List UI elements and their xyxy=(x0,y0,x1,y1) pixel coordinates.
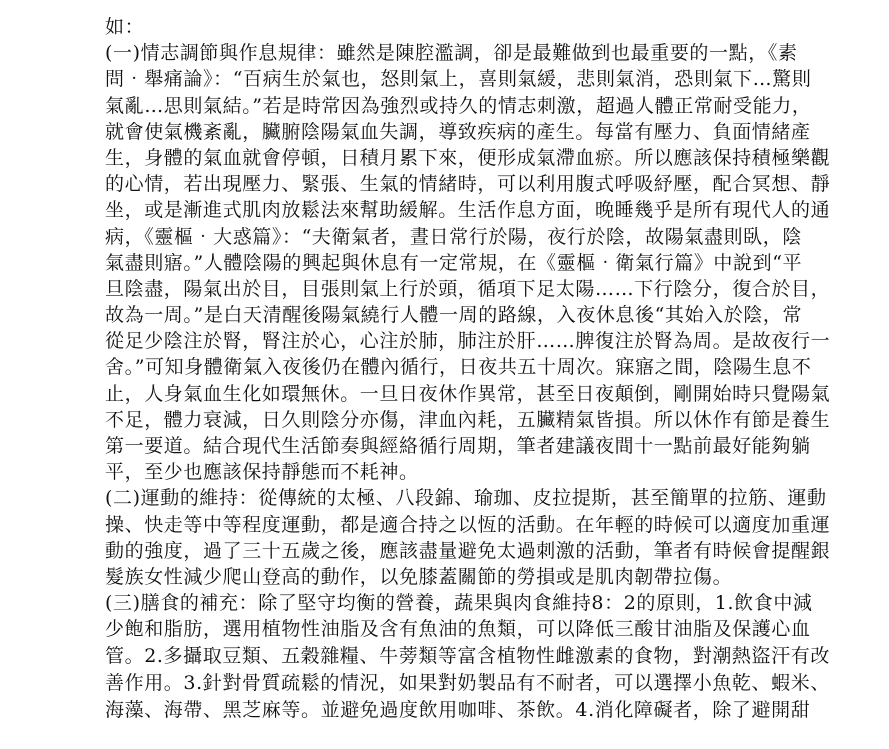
paragraph-line: 故為一周。”是白天清醒後陽氣繞行人體一周的路線，入夜休息後“其始入於陰，常 xyxy=(105,302,850,328)
paragraph-line: 止，人身氣血生化如環無休。一旦日夜休作異常，甚至日夜顛倒，剛開始時只覺陽氣 xyxy=(105,381,850,407)
paragraph-line: 坐，或是漸進式肌肉放鬆法來幫助緩解。生活作息方面，晚睡幾乎是所有現代人的通 xyxy=(105,197,850,223)
section-emotion-and-rest: (一)情志調節與作息規律：雖然是陳腔濫調，卻是最難做到也最重要的一點，《素 問‧… xyxy=(105,40,850,485)
intro-line: 如： xyxy=(105,14,850,40)
section-exercise: (二)運動的維持：從傳統的太極、八段錦、瑜珈、皮拉提斯，甚至簡單的拉筋、運動 操… xyxy=(105,485,850,590)
paragraph-line: 少飽和脂肪，選用植物性油脂及含有魚油的魚類，可以降低三酸甘油脂及保護心血 xyxy=(105,616,850,642)
paragraph-line: 從足少陰注於腎，腎注於心，心注於肺，肺注於肝……脾復注於腎為周。是故夜行一 xyxy=(105,328,850,354)
section-diet: (三)膳食的補充：除了堅守均衡的營養，蔬果與肉食維持8：2的原則，1.飲食中減 … xyxy=(105,590,850,723)
paragraph-line: 不足，體力衰減，日久則陰分亦傷，津血內耗，五臟精氣皆損。所以休作有節是養生 xyxy=(105,407,850,433)
paragraph-line: (一)情志調節與作息規律：雖然是陳腔濫調，卻是最難做到也最重要的一點，《素 xyxy=(105,40,850,66)
paragraph-line: 就會使氣機紊亂，臟腑陰陽氣血失調，導致疾病的產生。每當有壓力、負面情緒產 xyxy=(105,119,850,145)
paragraph-line: 動的強度，過了三十五歲之後，應該盡量避免太過刺激的活動，筆者有時候會提醒銀 xyxy=(105,538,850,564)
paragraph-line: 病，《靈樞‧大惑篇》：“夫衛氣者，晝日常行於陽，夜行於陰，故陽氣盡則臥，陰 xyxy=(105,224,850,250)
paragraph-line: 氣亂…思則氣結。”若是時常因為強烈或持久的情志刺激，超過人體正常耐受能力， xyxy=(105,93,850,119)
paragraph-line: 管。2.多攝取豆類、五穀雜糧、牛蒡類等富含植物性雌激素的食物，對潮熱盜汗有改 xyxy=(105,643,850,670)
paragraph-line: 問‧舉痛論》：“百病生於氣也，怒則氣上，喜則氣緩，悲則氣消，恐則氣下…驚則 xyxy=(105,66,850,92)
paragraph-line: (二)運動的維持：從傳統的太極、八段錦、瑜珈、皮拉提斯，甚至簡單的拉筋、運動 xyxy=(105,485,850,511)
paragraph-line: 的心情，若出現壓力、緊張、生氣的情緒時，可以利用腹式呼吸紓壓，配合冥想、靜 xyxy=(105,171,850,197)
paragraph-line: 善作用。3.針對骨質疏鬆的情況，如果對奶製品有不耐者，可以選擇小魚乾、蝦米、 xyxy=(105,670,850,697)
paragraph-line: 氣盡則寤。”人體陰陽的興起與休息有一定常規，在《靈樞‧衛氣行篇》中說到“平 xyxy=(105,250,850,276)
document-page: 如： (一)情志調節與作息規律：雖然是陳腔濫調，卻是最難做到也最重要的一點，《素… xyxy=(105,14,850,724)
paragraph-line: 海藻、海帶、黑芝麻等。並避免過度飲用咖啡、茶飲。4.消化障礙者，除了避開甜 xyxy=(105,697,850,724)
paragraph-line: 第一要道。結合現代生活節奏與經絡循行周期，筆者建議夜間十一點前最好能夠躺 xyxy=(105,433,850,459)
paragraph-line: (三)膳食的補充：除了堅守均衡的營養，蔬果與肉食維持8：2的原則，1.飲食中減 xyxy=(105,590,850,616)
paragraph-line: 髮族女性減少爬山登高的動作，以免膝蓋關節的勞損或是肌肉韌帶拉傷。 xyxy=(105,564,850,590)
paragraph-line: 生，身體的氣血就會停頓，日積月累下來，便形成氣滯血瘀。所以應該保持積極樂觀 xyxy=(105,145,850,171)
paragraph-line: 操、快走等中等程度運動，都是適合持之以恆的活動。在年輕的時候可以適度加重運 xyxy=(105,512,850,538)
paragraph-line: 平，至少也應該保持靜態而不耗神。 xyxy=(105,459,850,485)
paragraph-line: 旦陰盡，陽氣出於目，目張則氣上行於頭，循項下足太陽……下行陰分，復合於目， xyxy=(105,276,850,302)
paragraph-line: 舍。”可知身體衛氣入夜後仍在體內循行，日夜共五十周次。寐寤之間，陰陽生息不 xyxy=(105,354,850,380)
